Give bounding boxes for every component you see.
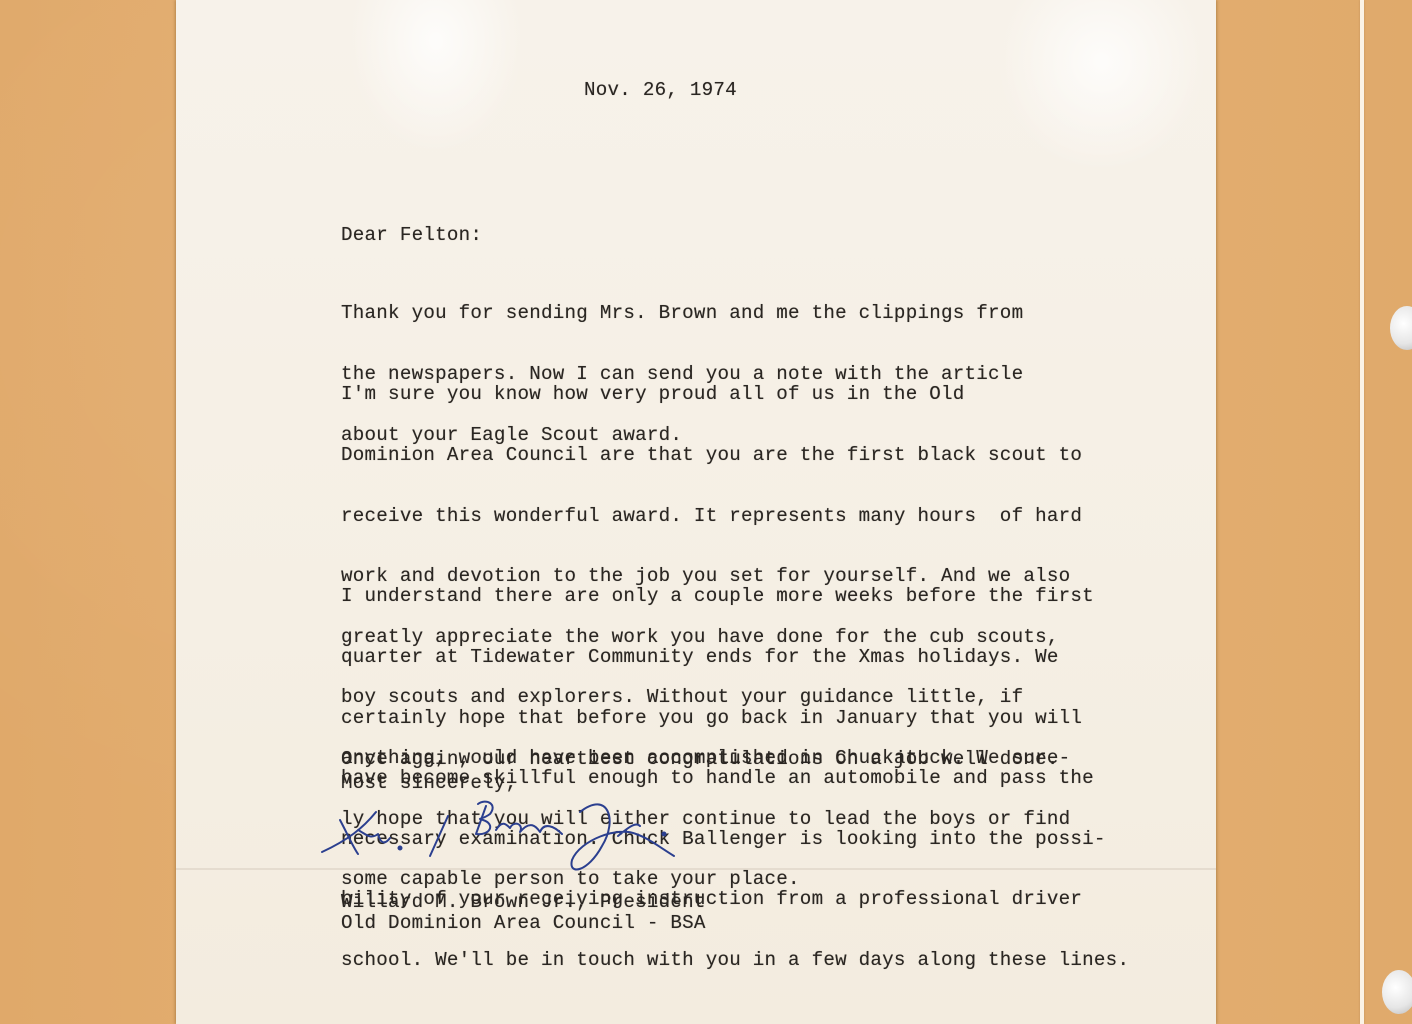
paragraph-line: Thank you for sending Mrs. Brown and me … [341,303,1023,323]
paragraph-line: school. We'll be in touch with you in a … [341,950,1129,970]
letter-date: Nov. 26, 1974 [584,80,737,100]
paragraph-line: Once again, our heartiest congratulation… [341,749,1059,769]
paragraph-line: quarter at Tidewater Community ends for … [341,647,1129,667]
paragraph-line: I understand there are only a couple mor… [341,586,1129,606]
paragraph-line: receive this wonderful award. It represe… [341,506,1082,526]
paragraph-line: I'm sure you know how very proud all of … [341,384,1082,404]
handwritten-signature [318,790,688,880]
binder-hole [1382,970,1412,1014]
signer-organization: Old Dominion Area Council - BSA [341,913,706,933]
salutation: Dear Felton: [341,225,482,245]
paragraph-line: Dominion Area Council are that you are t… [341,445,1082,465]
folder-seam [1360,0,1364,1024]
signer-name-title: Willard M. Brown Jr., President [341,892,706,912]
